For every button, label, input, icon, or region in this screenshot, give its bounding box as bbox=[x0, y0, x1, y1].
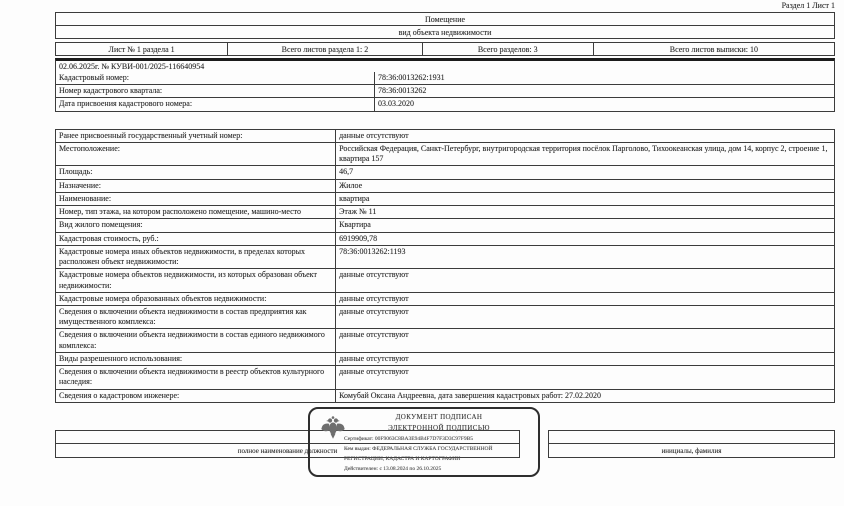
row-cadastral-quarter: Номер кадастрового квартала: 78:36:00132… bbox=[56, 84, 834, 97]
field-value: Этаж № 11 bbox=[336, 206, 834, 218]
field-value: Комубай Оксана Андреевна, дата завершени… bbox=[336, 390, 834, 402]
field-value: 03.03.2020 bbox=[375, 98, 834, 110]
field-value: 46,7 bbox=[336, 166, 834, 178]
registration-info-table: 02.06.2025г. № КУВИ-001/2025-116640954 К… bbox=[55, 58, 835, 112]
field-label: Вид жилого помещения: bbox=[56, 219, 336, 231]
field-label: Кадастровая стоимость, руб.: bbox=[56, 233, 336, 245]
sheet-number-cell: Лист № 1 раздела 1 bbox=[56, 43, 227, 55]
field-label: Кадастровые номера объектов недвижимости… bbox=[56, 269, 336, 291]
field-value: данные отсутствуют bbox=[336, 366, 834, 388]
stamp-title-line2: ЭЛЕКТРОННОЙ ПОДПИСЬЮ bbox=[346, 423, 532, 434]
row-cadastral-engineer: Сведения о кадастровом инженере: Комубай… bbox=[56, 389, 834, 402]
field-label: Сведения о включении объекта недвижимост… bbox=[56, 366, 336, 388]
row-area: Площадь: 46,7 bbox=[56, 165, 834, 178]
russia-coat-of-arms-icon bbox=[320, 413, 346, 441]
field-label: Ранее присвоенный государственный учетны… bbox=[56, 130, 336, 142]
row-floor: Номер, тип этажа, на котором расположено… bbox=[56, 205, 834, 218]
row-previous-state-number: Ранее присвоенный государственный учетны… bbox=[56, 130, 834, 142]
digital-signature-stamp: ДОКУМЕНТ ПОДПИСАН ЭЛЕКТРОННОЙ ПОДПИСЬЮ С… bbox=[308, 407, 540, 477]
object-type-header-table: Помещение вид объекта недвижимости bbox=[55, 12, 835, 39]
field-label: Назначение: bbox=[56, 180, 336, 192]
sheets-summary-table: Лист № 1 раздела 1 Всего листов раздела … bbox=[55, 42, 835, 56]
row-cadastral-value: Кадастровая стоимость, руб.: 6919909,78 bbox=[56, 232, 834, 245]
signature-name-label: инициалы, фамилия bbox=[549, 444, 834, 455]
row-dwelling-type: Вид жилого помещения: Квартира bbox=[56, 218, 834, 231]
field-label: Сведения о включении объекта недвижимост… bbox=[56, 306, 336, 328]
field-label: Кадастровые номера иных объектов недвижи… bbox=[56, 246, 336, 268]
document-content: Раздел 1 Лист 1 Помещение вид объекта не… bbox=[55, 0, 835, 403]
field-value: 78:36:0013262:1931 bbox=[375, 72, 834, 84]
field-value: данные отсутствуют bbox=[336, 306, 834, 328]
scanned-egrn-extract-page: Раздел 1 Лист 1 Помещение вид объекта не… bbox=[0, 0, 844, 506]
row-unified-complex: Сведения о включении объекта недвижимост… bbox=[56, 328, 834, 351]
section-sheets-total-cell: Всего листов раздела 1: 2 bbox=[227, 43, 422, 55]
field-value: Жилое bbox=[336, 180, 834, 192]
field-label: Местоположение: bbox=[56, 143, 336, 165]
field-label: Кадастровые номера образованных объектов… bbox=[56, 293, 336, 305]
field-label: Сведения о кадастровом инженере: bbox=[56, 390, 336, 402]
row-assignment-date: Дата присвоения кадастрового номера: 03.… bbox=[56, 97, 834, 110]
field-value: данные отсутствуют bbox=[336, 353, 834, 365]
row-name: Наименование: квартира bbox=[56, 192, 834, 205]
field-label: Сведения о включении объекта недвижимост… bbox=[56, 329, 336, 351]
date-and-request-number: 02.06.2025г. № КУВИ-001/2025-116640954 bbox=[56, 61, 834, 72]
row-derived-object-numbers: Кадастровые номера образованных объектов… bbox=[56, 292, 834, 305]
field-value: 78:36:0013262:1193 bbox=[336, 246, 834, 268]
row-parent-object-numbers: Кадастровые номера иных объектов недвижи… bbox=[56, 245, 834, 268]
field-value: Квартира bbox=[336, 219, 834, 231]
field-value: данные отсутствуют bbox=[336, 269, 834, 291]
field-label: Виды разрешенного использования: bbox=[56, 353, 336, 365]
row-enterprise-complex: Сведения о включении объекта недвижимост… bbox=[56, 305, 834, 328]
stamp-issued-by-line1: Кем выдан: ФЕДЕРАЛЬНАЯ СЛУЖБА ГОСУДАРСТВ… bbox=[344, 444, 532, 454]
field-label: Площадь: bbox=[56, 166, 336, 178]
row-cadastral-number: Кадастровый номер: 78:36:0013262:1931 bbox=[56, 72, 834, 84]
field-value: Российская Федерация, Санкт-Петербург, в… bbox=[336, 143, 834, 165]
row-purpose: Назначение: Жилое bbox=[56, 179, 834, 192]
row-source-object-numbers: Кадастровые номера объектов недвижимости… bbox=[56, 268, 834, 291]
stamp-certificate-line: Сертификат: 00F9063C8BA3E94B4F7D7F3D3C97… bbox=[344, 434, 532, 444]
field-value: 78:36:0013262 bbox=[375, 85, 834, 97]
row-cultural-heritage: Сведения о включении объекта недвижимост… bbox=[56, 365, 834, 388]
field-value: данные отсутствуют bbox=[336, 130, 834, 142]
field-value: 6919909,78 bbox=[336, 233, 834, 245]
field-value: квартира bbox=[336, 193, 834, 205]
signature-name-blank bbox=[549, 431, 834, 444]
object-type-title: Помещение bbox=[56, 13, 834, 25]
extract-sheets-total-cell: Всего листов выписки: 10 bbox=[593, 43, 834, 55]
signature-name-box: инициалы, фамилия bbox=[548, 430, 835, 458]
field-label: Кадастровый номер: bbox=[56, 72, 375, 84]
row-location: Местоположение: Российская Федерация, Са… bbox=[56, 142, 834, 165]
section-sheet-label: Раздел 1 Лист 1 bbox=[55, 1, 835, 11]
stamp-title-line1: ДОКУМЕНТ ПОДПИСАН bbox=[346, 412, 532, 423]
field-label: Номер, тип этажа, на котором расположено… bbox=[56, 206, 336, 218]
field-label: Номер кадастрового квартала: bbox=[56, 85, 375, 97]
field-value: данные отсутствуют bbox=[336, 293, 834, 305]
field-value: данные отсутствуют bbox=[336, 329, 834, 351]
stamp-issued-by-line2: РЕГИСТРАЦИИ, КАДАСТРА И КАРТОГРАФИИ bbox=[344, 454, 532, 464]
object-type-subtitle: вид объекта недвижимости bbox=[56, 25, 834, 38]
object-characteristics-table: Ранее присвоенный государственный учетны… bbox=[55, 129, 835, 403]
field-label: Дата присвоения кадастрового номера: bbox=[56, 98, 375, 110]
sections-total-cell: Всего разделов: 3 bbox=[422, 43, 593, 55]
field-label: Наименование: bbox=[56, 193, 336, 205]
stamp-validity-line: Действителен: с 13.08.2024 по 26.10.2025 bbox=[344, 464, 532, 474]
row-permitted-use: Виды разрешенного использования: данные … bbox=[56, 352, 834, 365]
